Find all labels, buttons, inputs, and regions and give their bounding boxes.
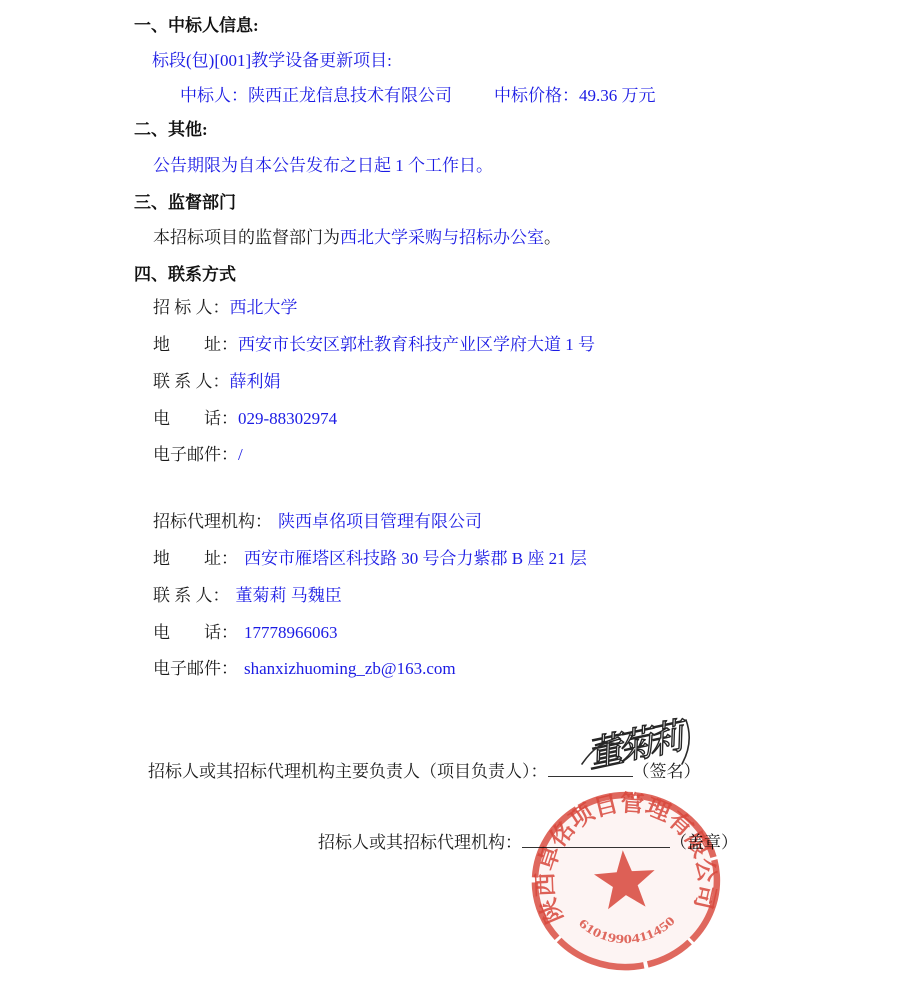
agency-phone-row: 电 话：17778966063 (153, 622, 338, 644)
agency-address-row: 地 址：西安市雁塔区科技路 30 号合力紫郡 B 座 21 层 (153, 548, 587, 570)
agency-value: 陕西卓佲项目管理有限公司 (272, 512, 482, 531)
supervision-suffix: 。 (544, 228, 561, 247)
winner-label: 中标人： (180, 86, 248, 105)
agency-phone-label: 电 话： (153, 623, 238, 642)
section4-heading: 四、联系方式 (134, 264, 236, 286)
supervision-dept: 西北大学采购与招标办公室 (340, 228, 544, 247)
tenderer-row: 招 标 人：西北大学 (153, 297, 298, 319)
tenderer-phone-label: 电 话： (153, 409, 238, 428)
company-seal-stamp: 陕西卓佲项目管理有限公司 6101990411450 (488, 752, 766, 1008)
section2-heading: 二、其他: (134, 119, 208, 141)
agency-address-value: 西安市雁塔区科技路 30 号合力紫郡 B 座 21 层 (238, 549, 587, 568)
tenderer-email-label: 电子邮件： (153, 445, 238, 464)
tenderer-value: 西北大学 (230, 298, 298, 317)
agency-email-label: 电子邮件： (153, 659, 238, 678)
tenderer-address-row: 地 址：西安市长安区郭杜教育科技产业区学府大道 1 号 (153, 334, 595, 356)
supervision-line: 本招标项目的监督部门为西北大学采购与招标办公室。 (153, 227, 561, 249)
tenderer-phone-row: 电 话：029-88302974 (153, 408, 337, 430)
tenderer-phone-value: 029-88302974 (238, 409, 337, 428)
winner-line: 中标人：陕西正龙信息技术有限公司中标价格：49.36 万元 (180, 85, 656, 107)
supervision-prefix: 本招标项目的监督部门为 (153, 228, 340, 247)
agency-row: 招标代理机构：陕西卓佲项目管理有限公司 (153, 511, 482, 533)
agency-stamp-label: 招标人或其招标代理机构： (318, 833, 522, 852)
section1-heading: 一、中标人信息: (134, 15, 259, 37)
agency-address-label: 地 址： (153, 549, 238, 568)
winner-name: 陕西正龙信息技术有限公司 (248, 86, 452, 105)
document-page: 一、中标人信息: 标段(包)[001]教学设备更新项目: 中标人：陕西正龙信息技… (0, 0, 899, 1008)
tenderer-contact-label: 联 系 人： (153, 372, 230, 391)
agency-contact-value: 董菊莉 马魏臣 (230, 586, 342, 605)
tenderer-address-value: 西安市长安区郭杜教育科技产业区学府大道 1 号 (238, 335, 595, 354)
section3-heading: 三、监督部门 (134, 192, 236, 214)
agency-email-row: 电子邮件：shanxizhuoming_zb@163.com (153, 658, 456, 680)
tenderer-label: 招 标 人： (153, 298, 230, 317)
tenderer-email-value: / (238, 445, 243, 464)
tenderer-email-row: 电子邮件：/ (153, 444, 243, 466)
agency-contact-row: 联 系 人：董菊莉 马魏臣 (153, 585, 342, 607)
agency-contact-label: 联 系 人： (153, 586, 230, 605)
announcement-period-line: 公告期限为自本公告发布之日起 1 个工作日。 (153, 155, 493, 177)
agency-label: 招标代理机构： (153, 512, 272, 531)
tenderer-contact-row: 联 系 人：薛利娟 (153, 371, 281, 393)
agency-phone-value: 17778966063 (238, 623, 338, 642)
tenderer-contact-value: 薛利娟 (230, 372, 281, 391)
price-label: 中标价格： (494, 86, 579, 105)
tenderer-address-label: 地 址： (153, 335, 238, 354)
agency-email-value: shanxizhuoming_zb@163.com (238, 659, 456, 678)
price-value: 49.36 万元 (579, 86, 656, 105)
lot-line: 标段(包)[001]教学设备更新项目: (152, 50, 392, 72)
